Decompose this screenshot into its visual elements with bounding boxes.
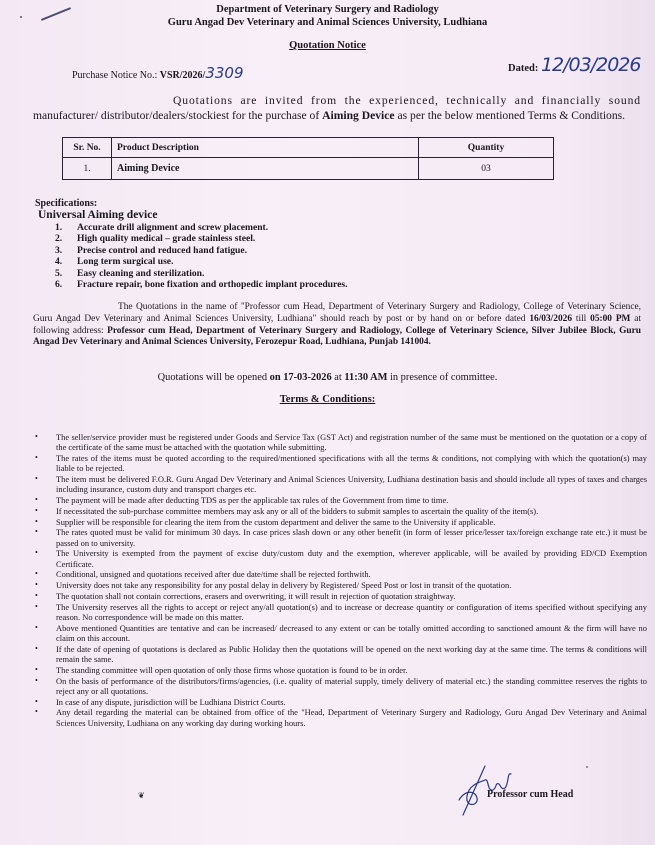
- notice-title: Quotation Notice: [0, 40, 655, 51]
- specification-device-name: Universal Aiming device: [38, 209, 157, 221]
- terms-list: The seller/service provider must be regi…: [35, 432, 647, 728]
- scan-speck: [586, 766, 588, 768]
- cell-quantity: 03: [419, 158, 554, 180]
- product-table: Sr. No. Product Description Quantity 1. …: [62, 137, 554, 180]
- signatory-title: Professor cum Head: [487, 789, 573, 800]
- submission-address: Professor cum Head, Department of Veteri…: [33, 326, 641, 348]
- terms-item: Any detail regarding the material can be…: [35, 707, 647, 727]
- terms-item: The seller/service provider must be regi…: [35, 432, 647, 452]
- intro-paragraph: Quotations are invited from the experien…: [33, 94, 641, 123]
- terms-item: The University is exempted from the paym…: [35, 548, 647, 568]
- handwritten-date: 12/03/2026: [541, 54, 641, 76]
- terms-item: The quotation shall not contain correcti…: [35, 591, 647, 601]
- terms-item: If necessitated the sub-purchase committ…: [35, 506, 647, 516]
- opening-statement: Quotations will be opened on 17-03-2026 …: [0, 372, 655, 383]
- terms-item: The rates quoted must be valid for minim…: [35, 527, 647, 547]
- handwritten-notice-number: 3309: [205, 64, 243, 82]
- header-quantity: Quantity: [419, 138, 554, 158]
- terms-item: The rates of the items must be quoted ac…: [35, 453, 647, 473]
- specifications-label: Specifications:: [35, 198, 97, 209]
- terms-item: If the date of opening of quotations is …: [35, 644, 647, 664]
- terms-item: The item must be delivered F.O.R. Guru A…: [35, 474, 647, 494]
- ink-smudge: ❦: [138, 791, 145, 800]
- terms-item: In case of any dispute, jurisdiction wil…: [35, 697, 647, 707]
- cell-sr-no: 1.: [63, 158, 112, 180]
- terms-item: The standing committee will open quotati…: [35, 665, 647, 675]
- specification-item: 5.Easy cleaning and sterilization.: [55, 268, 348, 279]
- terms-item: University does not take any responsibil…: [35, 580, 647, 590]
- document-page: Department of Veterinary Surgery and Rad…: [0, 0, 655, 845]
- department-name: Department of Veterinary Surgery and Rad…: [0, 4, 655, 15]
- terms-item: Supplier will be responsible for clearin…: [35, 517, 647, 527]
- cell-description: Aiming Device: [112, 158, 419, 180]
- table-row: 1. Aiming Device 03: [63, 158, 554, 180]
- specification-list: 1.Accurate drill alignment and screw pla…: [55, 222, 348, 290]
- notice-date: Dated: 12/03/2026: [508, 54, 640, 76]
- specification-item: 4.Long term surgical use.: [55, 256, 348, 267]
- university-name: Guru Angad Dev Veterinary and Animal Sci…: [0, 17, 655, 28]
- terms-item: Conditional, unsigned and quotations rec…: [35, 569, 647, 579]
- terms-item: On the basis of performance of the distr…: [35, 676, 647, 696]
- header-product-description: Product Description: [112, 138, 419, 158]
- terms-item: The payment will be made after deducting…: [35, 495, 647, 505]
- submission-paragraph: The Quotations in the name of "Professor…: [33, 302, 641, 349]
- terms-item: The University reserves all the rights t…: [35, 602, 647, 622]
- terms-item: Above mentioned Quantities are tentative…: [35, 623, 647, 643]
- table-header-row: Sr. No. Product Description Quantity: [63, 138, 554, 158]
- terms-title: Terms & Conditions:: [0, 394, 655, 405]
- specification-item: 6.Fracture repair, bone fixation and ort…: [55, 279, 348, 290]
- header-sr-no: Sr. No.: [63, 138, 112, 158]
- specification-item: 1.Accurate drill alignment and screw pla…: [55, 222, 348, 233]
- specification-item: 3.Precise control and reduced hand fatig…: [55, 245, 348, 256]
- specification-item: 2.High quality medical – grade stainless…: [55, 233, 348, 244]
- purchase-notice-number: Purchase Notice No.: VSR/2026/3309: [72, 64, 244, 82]
